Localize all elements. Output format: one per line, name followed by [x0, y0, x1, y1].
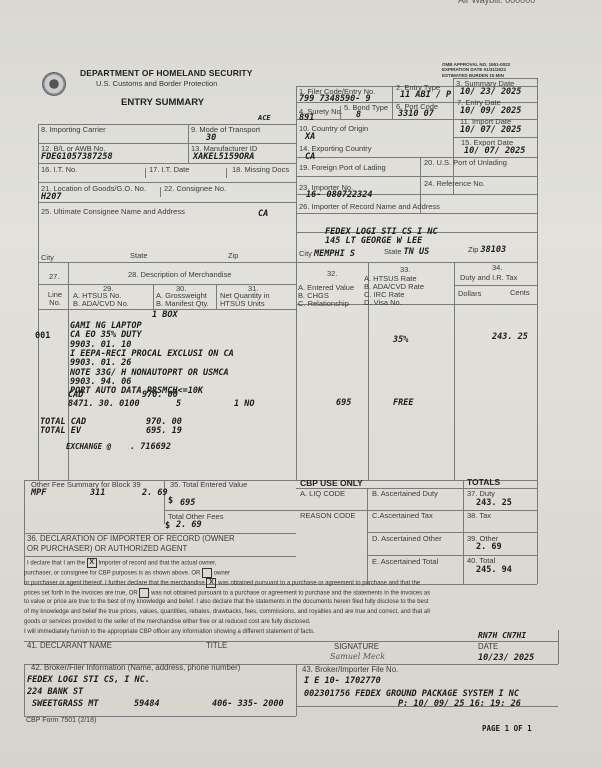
zip-label: Zip: [468, 245, 478, 254]
obtained-pursuant-checkbox[interactable]: X: [206, 578, 216, 588]
col27-label: 27.: [49, 273, 59, 281]
country-origin-value: XA: [305, 133, 315, 142]
form-title: ENTRY SUMMARY: [121, 97, 204, 108]
fee-code: MPF: [31, 489, 46, 498]
ultimate-consignee-label: 25. Ultimate Consignee Name and Address: [41, 208, 185, 216]
htsus-units-label: HTSUS Units: [220, 300, 265, 308]
omb-approval: OMB APPROVAL NO. 1651-0022 EXPIRATION DA…: [442, 62, 510, 78]
total-ev-label: TOTAL EV: [40, 427, 81, 436]
exporting-country-value: CA: [305, 153, 315, 162]
surety-no-value: 891: [299, 114, 314, 123]
duty-total-label: 37. Duty: [467, 490, 495, 498]
cents-label: Cents: [510, 289, 530, 297]
decl-text: purchaser, or consignee for CBP purposes…: [24, 571, 200, 577]
manifest-qty-value: 1 BOX: [152, 311, 178, 320]
declaration-heading-1: 36. DECLARATION OF IMPORTER OF RECORD (O…: [27, 535, 235, 543]
state-label: State: [384, 247, 402, 256]
entry-type-value: 11 ABI / P: [400, 91, 451, 100]
decl-text: I declare that I am the: [27, 561, 85, 567]
summary-date-value: 10/ 23/ 2025: [460, 88, 521, 97]
col32-label: 32.: [327, 270, 337, 278]
decl-text: prices set forth in the invoices are tru…: [24, 591, 138, 597]
importer-record-state: State TN US: [384, 248, 429, 257]
total-ev-value: 695. 19: [146, 427, 182, 436]
owner-checkbox[interactable]: [202, 568, 212, 578]
ultimate-consignee-state-label: State: [130, 252, 148, 260]
broker-name: FEDEX LOGI STI CS, I NC.: [27, 676, 150, 685]
ultimate-consignee-city-label: City: [41, 254, 54, 262]
broker-zip: 59484: [134, 700, 160, 709]
importer-record-address: 145 LT GEORGE W LEE: [325, 237, 422, 246]
foreign-port-label: 19. Foreign Port of Lading: [299, 164, 386, 172]
exchange-value: . 716692: [130, 443, 171, 452]
visa-no-label: D. Visa No.: [364, 299, 402, 307]
ada-cvd-no-label: B. ADA/CVD No.: [73, 300, 129, 308]
sub-agency-name: U.S. Customs and Border Protection: [96, 79, 217, 88]
bl-awb-value: FDEG1057387258: [41, 153, 113, 162]
grand-total-label: 40. Total: [467, 557, 495, 565]
bond-type-label: 5. Bond Type: [344, 104, 388, 112]
merchandise-description: GAMI NG LAPTOP CA EO 35% DUTY 9903. 01. …: [70, 322, 234, 397]
manifest-qty-label: B. Manifest Qty.: [156, 300, 209, 308]
declaration-line-7: goods or services provided to the seller…: [24, 618, 310, 627]
broker-file-no: I E 10- 1702770: [304, 677, 381, 686]
city-label: City: [299, 249, 312, 258]
page-indicator: PAGE 1 OF 1: [482, 725, 532, 733]
decl-text: was obtained pursuant to a purchase or a…: [218, 581, 420, 587]
broker-file-line-2: 002301756 FEDEX GROUND PACKAGE SYSTEM I …: [304, 690, 519, 699]
relationship-label: C. Relationship: [298, 300, 349, 308]
import-date-value: 10/ 07/ 2025: [460, 126, 521, 135]
declaration-date: 10/23/ 2025: [478, 654, 534, 663]
broker-file-label: 43. Broker/Importer File No.: [302, 666, 398, 674]
declaration-line-8: I will immediately furnish to the approp…: [24, 628, 315, 637]
entered-value: 695: [336, 399, 351, 408]
bond-type-value: 8: [356, 111, 361, 120]
broker-info-label: 42. Broker/Filer Information (Name, addr…: [31, 664, 240, 672]
reason-code-label: REASON CODE: [300, 512, 355, 520]
fee-number: 311: [90, 489, 105, 498]
decl-text: or purchaser or agent thereof. I further…: [24, 581, 205, 587]
ace-label: ACE: [258, 115, 271, 123]
broker-street: 224 BANK ST: [27, 688, 83, 697]
us-port-label: 20. U.S. Port of Unlading: [424, 159, 507, 167]
line-number: 001: [35, 332, 50, 341]
zip-value: 38103: [481, 245, 507, 255]
tax-total-label: 38. Tax: [467, 512, 491, 520]
decl-text: Importer of record and that the actual o…: [98, 561, 216, 567]
date-label: DATE: [478, 643, 498, 651]
signature-label: SIGNATURE: [334, 643, 379, 651]
liq-code-label: A. LIQ CODE: [300, 490, 345, 498]
location-goods-value: H207: [41, 193, 61, 202]
it-date-label: 17. I.T. Date: [149, 166, 189, 174]
cad-value: 970. 00: [142, 391, 178, 400]
total-entered-label: 35. Total Entered Value: [170, 481, 247, 489]
it-no-label: 16. I.T. No.: [41, 166, 77, 174]
reference-no-label: 24. Reference No.: [424, 180, 485, 188]
manufacturer-id-value: XAKEL5159ORA: [193, 153, 254, 162]
broker-phone: 406- 335- 2000: [212, 700, 284, 709]
ada-rate-value: FREE: [393, 399, 413, 408]
printed-timestamp: P: 10/ 09/ 25 16: 19: 26: [398, 700, 521, 709]
cbp-use-only-title: CBP USE ONLY: [300, 478, 363, 488]
ultimate-consignee-state-value: CA: [258, 210, 268, 219]
ascertained-duty-label: B. Ascertained Duty: [372, 490, 438, 498]
ascertained-other-label: D. Ascertained Other: [372, 535, 442, 543]
importer-of-record-checkbox[interactable]: X: [87, 558, 97, 568]
broker-city-state: SWEETGRASS MT: [32, 700, 99, 709]
htsus-number: 8471. 30. 0100: [68, 400, 140, 409]
total-other-currency: $: [165, 522, 170, 531]
dollars-label: Dollars: [458, 290, 481, 298]
ascertained-total-label: E. Ascertained Total: [372, 558, 438, 566]
title-label: TITLE: [206, 642, 227, 650]
total-entered-currency: $: [168, 497, 173, 506]
port-code-value: 3310 07: [398, 110, 434, 119]
fee-amount: 2. 69: [142, 489, 168, 498]
importer-record-city: City MEMPHI S: [299, 250, 355, 259]
mode-transport-value: 30: [206, 134, 216, 143]
entry-summary-document: Air Waybill: 000000 DEPARTMENT OF HOMELA…: [0, 0, 602, 767]
totals-title: TOTALS: [467, 477, 500, 487]
net-qty-value: 1 NO: [234, 400, 254, 409]
total-entered-value: 695: [180, 499, 195, 508]
description-label: 28. Description of Merchandise: [128, 271, 231, 279]
declaration-line-6: of my knowledge and belief the true pric…: [24, 608, 430, 617]
col34-label: 34.: [492, 264, 502, 272]
not-obtained-checkbox[interactable]: [139, 588, 149, 598]
grand-total-value: 245. 94: [476, 566, 512, 575]
other-total-value: 2. 69: [476, 543, 502, 552]
declaration-line-5: to value or price are true to the best o…: [24, 598, 429, 607]
importer-record-label: 26. Importer of Record Name and Address: [299, 203, 440, 211]
total-other-fees-value: 2. 69: [176, 521, 202, 530]
entry-date-value: 10/ 09/ 2025: [460, 107, 521, 116]
declaration-code-stamp: RN7H CN7HI: [478, 632, 526, 641]
importer-no-value: 16- 080722324: [306, 191, 373, 200]
consignee-no-label: 22. Consignee No.: [164, 185, 226, 193]
line-no-label: Line No.: [45, 291, 65, 307]
decl-text: was not obtained pursuant to a purchase …: [151, 591, 430, 597]
dhs-seal-icon: [42, 72, 66, 96]
exchange-label: EXCHANGE @: [66, 443, 111, 451]
state-value: TN US: [404, 247, 430, 257]
importing-carrier-label: 8. Importing Carrier: [41, 126, 106, 134]
duty-value: 243. 25: [492, 333, 528, 342]
declarant-name-label: 41. DECLARANT NAME: [27, 642, 112, 650]
export-date-value: 10/ 07/ 2025: [464, 147, 525, 156]
duty-ir-tax-label: Duty and I.R. Tax: [460, 274, 517, 282]
missing-docs-label: 18. Missing Docs: [232, 166, 289, 174]
decl-text: owner: [214, 571, 230, 577]
city-value: MEMPHI S: [314, 249, 355, 259]
grossweight-value: 5: [176, 400, 181, 409]
form-id: CBP Form 7501 (2/18): [26, 717, 96, 724]
col33-label: 33.: [400, 266, 410, 274]
declaration-heading-2: OR PURCHASER) OR AUTHORIZED AGENT: [27, 545, 187, 553]
ultimate-consignee-zip-label: Zip: [228, 252, 238, 260]
mode-transport-label: 9. Mode of Transport: [191, 126, 260, 134]
signature: Samuel Meck: [330, 652, 385, 661]
duty-total-value: 243. 25: [476, 499, 512, 508]
agency-name: DEPARTMENT OF HOMELAND SECURITY: [80, 68, 252, 78]
fee-summary-label: Other Fee Summary for Block 39: [31, 481, 141, 489]
omb-line: EXPIRATION DATE 01/31/2021: [442, 67, 510, 72]
importer-record-zip: Zip 38103: [468, 246, 506, 255]
ascertained-tax-label: C.Ascertained Tax: [372, 512, 433, 520]
htsus-rate-value: 35%: [393, 336, 408, 345]
air-waybill-fragment: Air Waybill: 000000: [458, 0, 535, 5]
